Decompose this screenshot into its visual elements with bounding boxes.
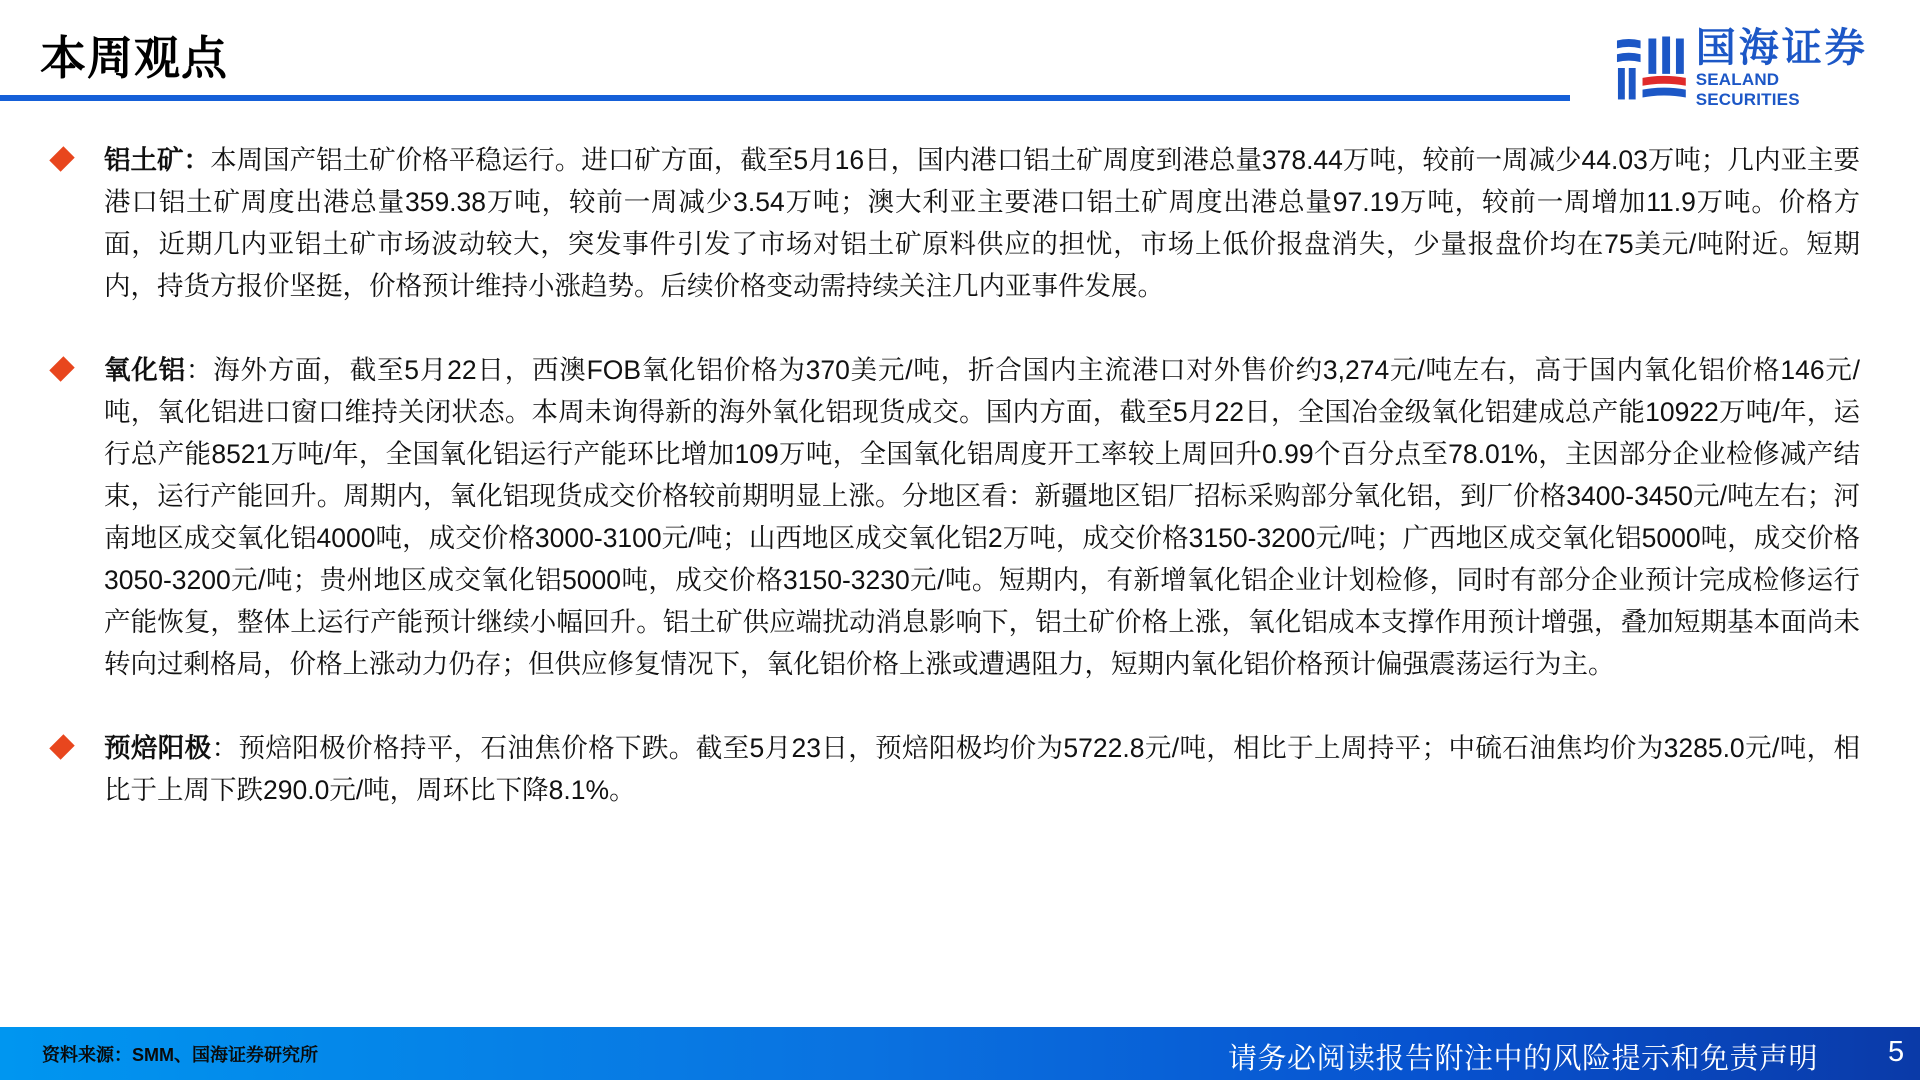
bullet-body: 海外方面，截至5月22日，西澳FOB氧化铝价格为370美元/吨，折合国内主流港口… bbox=[104, 355, 1860, 679]
diamond-bullet-icon bbox=[49, 734, 74, 759]
bullet-heading: 铝土矿 bbox=[104, 145, 184, 175]
disclaimer-text: 请务必阅读报告附注中的风险提示和免责声明 bbox=[1228, 1036, 1818, 1077]
diamond-bullet-icon bbox=[49, 146, 74, 171]
bullet-separator: ： bbox=[186, 355, 213, 385]
company-logo: 国海证券 SEALAND SECURITIES bbox=[1615, 30, 1885, 106]
viewpoints-list: 铝土矿：本周国产铝土矿价格平稳运行。进口矿方面，截至5月16日，国内港口铝土矿周… bbox=[50, 139, 1860, 853]
footer-bar: 资料来源：SMM、国海证券研究所 请务必阅读报告附注中的风险提示和免责声明 5 bbox=[0, 1027, 1920, 1080]
viewpoint-alumina: 氧化铝：海外方面，截至5月22日，西澳FOB氧化铝价格为370美元/吨，折合国内… bbox=[50, 349, 1860, 685]
logo-name-en: SEALAND SECURITIES bbox=[1696, 70, 1885, 110]
viewpoint-prebaked-anode: 预焙阳极：预焙阳极价格持平，石油焦价格下跌。截至5月23日，预焙阳极均价为572… bbox=[50, 727, 1860, 811]
logo-name-cn: 国海证券 bbox=[1696, 26, 1885, 70]
bullet-body: 预焙阳极价格持平，石油焦价格下跌。截至5月23日，预焙阳极均价为5722.8元/… bbox=[104, 733, 1860, 805]
sealand-logo-icon bbox=[1615, 32, 1690, 104]
bullet-separator: ： bbox=[184, 145, 211, 175]
bullet-heading: 预焙阳极 bbox=[104, 733, 212, 763]
viewpoint-bauxite: 铝土矿：本周国产铝土矿价格平稳运行。进口矿方面，截至5月16日，国内港口铝土矿周… bbox=[50, 139, 1860, 307]
diamond-bullet-icon bbox=[49, 356, 74, 381]
data-source: 资料来源：SMM、国海证券研究所 bbox=[42, 1041, 318, 1067]
bullet-body: 本周国产铝土矿价格平稳运行。进口矿方面，截至5月16日，国内港口铝土矿周度到港总… bbox=[104, 145, 1860, 301]
title-divider bbox=[0, 95, 1570, 101]
bullet-heading: 氧化铝 bbox=[104, 355, 186, 385]
bullet-separator: ： bbox=[212, 733, 239, 763]
page-number: 5 bbox=[1888, 1036, 1904, 1069]
page-title: 本周观点 bbox=[40, 22, 228, 88]
